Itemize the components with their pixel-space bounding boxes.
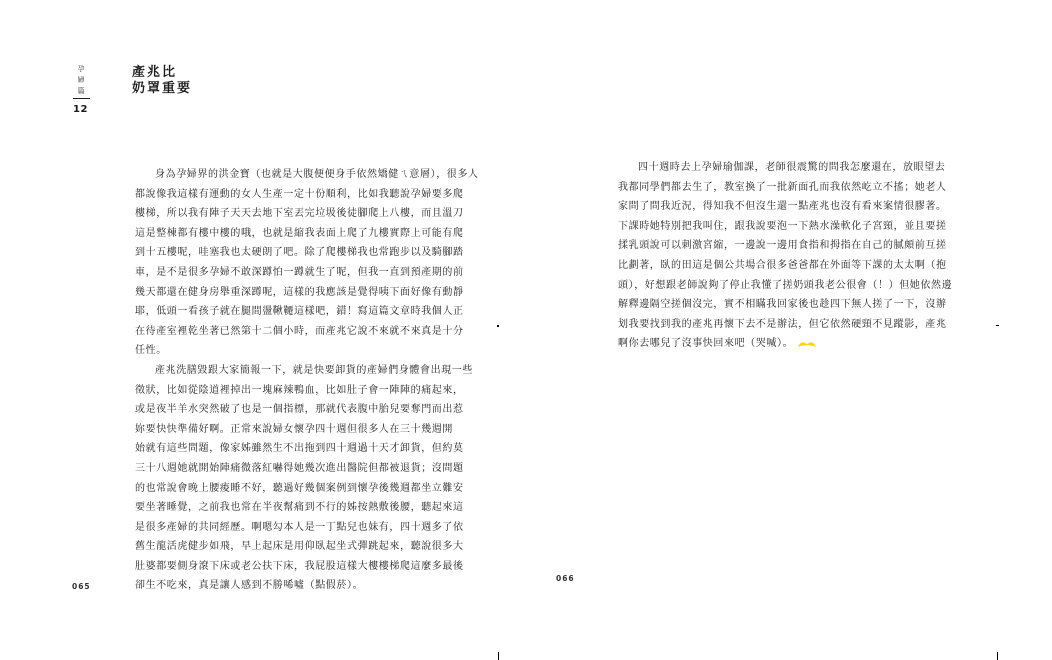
- text-line: 是很多產婦的共同經歷。啊嗯勾本人是一丁點兒也妹有，四十週多了依: [135, 518, 445, 538]
- text-line: 卻生不吃來，真是讓人感到不勝唏噓（點假菸）。: [135, 576, 445, 596]
- text-line: 啊你去哪兒了沒事快回來吧（哭喊）。: [618, 334, 793, 354]
- left-page-body: 身為孕婦界的洪金寶（也就是大腹便便身手依然矯健ㄟ意層），很多人 都說像我這樣有運…: [135, 165, 445, 596]
- chapter-number: 12: [73, 104, 88, 115]
- text-line: 都說像我這樣有運動的女人生產一定十份順利，比如我聽說孕婦要多爬: [135, 185, 445, 205]
- title-line-2: 奶罩重要: [132, 81, 192, 97]
- text-line: 身為孕婦界的洪金寶（也就是大腹便便身手依然矯健ㄟ意層），很多人: [135, 165, 445, 185]
- text-line: 或是夜半羊水突然破了也是一個指標，那就代表腹中胎兒要奪門而出惹: [135, 400, 445, 420]
- mustache-emoji-icon: [797, 340, 817, 348]
- text-line: 這是整棟都有樓中樓的哦，也就是縮我表面上爬了九樓實際上可能有爬: [135, 224, 445, 244]
- section-label: 孕 婦 篇: [74, 64, 88, 97]
- chapter-title: 產兆比 奶罩重要: [132, 65, 192, 97]
- crop-mark: [997, 652, 998, 660]
- page-number-left: 065: [72, 582, 91, 591]
- text-line: 始就有這些問題，像家姊雖然生不出拖到四十週過十天才卸貨，但約莫: [135, 439, 445, 459]
- text-line: 解釋邊隔空搓個沒完，實不相瞞我回家後也趁四下無人搓了一下，沒辦: [618, 295, 928, 315]
- text-line: 家問了問我近況，得知我不但沒生還一點產兆也沒有看來案情很膠著。: [618, 197, 928, 217]
- text-line: 產兆洗膳毀跟大家簡報一下，就是快要卸貨的產婦們身體會出現一些: [135, 361, 445, 381]
- text-line: 要坐著睡覺，之前我也常在半夜幫痛到不行的姊按熱敷後腰，聽起來這: [135, 498, 445, 518]
- text-line: 到十五樓呢，哇塞我也太硬朗了吧。除了爬樓梯我也常跑步以及騎腳踏: [135, 243, 445, 263]
- section-divider: [73, 98, 90, 99]
- text-line: 在待產室裡乾坐著已然第十二個小時，而產兆它說不來就不來真是十分: [135, 322, 445, 342]
- right-page-body: 四十週時去上孕婦瑜伽課，老師很震驚的問我怎麼還在，放眼望去 我都同學們都去生了，…: [618, 158, 928, 354]
- text-line: 車，是不是很多孕婦不敢深蹲怕一蹲就生了呢，但我一直到預產期的前: [135, 263, 445, 283]
- crop-mark: [498, 652, 499, 660]
- section-char: 篇: [74, 86, 88, 97]
- text-line: 樓梯，所以我有陣子天天去地下室丟完垃圾後徒腳爬上八樓，而且溫刀: [135, 204, 445, 224]
- text-line: 頭），好想跟老師說夠了停止我懂了搓奶頭我老公很會（！）但她依然邊: [618, 276, 928, 296]
- text-line: 比劃著，臥的田這是個公共場合很多爸爸都在外面等下課的太太啊（抱: [618, 256, 928, 276]
- last-line: 啊你去哪兒了沒事快回來吧（哭喊）。: [618, 334, 928, 354]
- text-line: 下課時她特別把我叫住，跟我說要泡一下熱水澡軟化子宮頸，並且要搓: [618, 217, 928, 237]
- text-line: 妳要快快準備好啊。正常來說婦女懷孕四十週但很多人在三十幾週開: [135, 420, 445, 440]
- text-line: 划我要找到我的產兆再懷下去不是辦法，但它依然硬頸不見蹤影，產兆: [618, 315, 928, 335]
- text-line: 耶，低頭一看孩子就在腿間盪鞦韆這樣吧，錯！寫這篇文章時我個人正: [135, 302, 445, 322]
- section-char: 孕: [74, 64, 88, 75]
- text-line: 肚婆都要側身滾下床或老公扶下床，我屁股這樣大樓樓梯爬這麼多最後: [135, 557, 445, 577]
- text-line: 舊生龍活虎健步如飛，早上起床是用仰臥起坐式彈跳起來，聽說很多大: [135, 537, 445, 557]
- text-line: 徵狀，比如從陰道裡掉出一塊麻辣鴨血，比如肚子會一陣陣的痛起來，: [135, 381, 445, 401]
- text-line: 我都同學們都去生了，教室換了一批新面孔而我依然屹立不搖；她老人: [618, 178, 928, 198]
- registration-mark: [497, 325, 499, 327]
- registration-mark: [996, 325, 999, 326]
- text-line: 任性。: [135, 341, 445, 361]
- page-number-right: 066: [556, 574, 575, 583]
- section-char: 婦: [74, 75, 88, 86]
- text-line: 四十週時去上孕婦瑜伽課，老師很震驚的問我怎麼還在，放眼望去: [618, 158, 928, 178]
- text-line: 三十八週她就開始陣痛微落紅嚇得她幾次進出醫院但都被退貨；沒問題: [135, 459, 445, 479]
- text-line: 幾天都還在健身房舉重深蹲呢，這樣的我應該是覺得咦下面好像有動靜: [135, 283, 445, 303]
- title-line-1: 產兆比: [132, 65, 192, 81]
- text-line: 的也常說會晚上腰痠睡不好，聽過好幾個案例到懷孕後幾週都坐立難安: [135, 479, 445, 499]
- text-line: 揉乳頭說可以刺激宮縮，一邊說一邊用食指和拇指在自己的膩頗前互搓: [618, 236, 928, 256]
